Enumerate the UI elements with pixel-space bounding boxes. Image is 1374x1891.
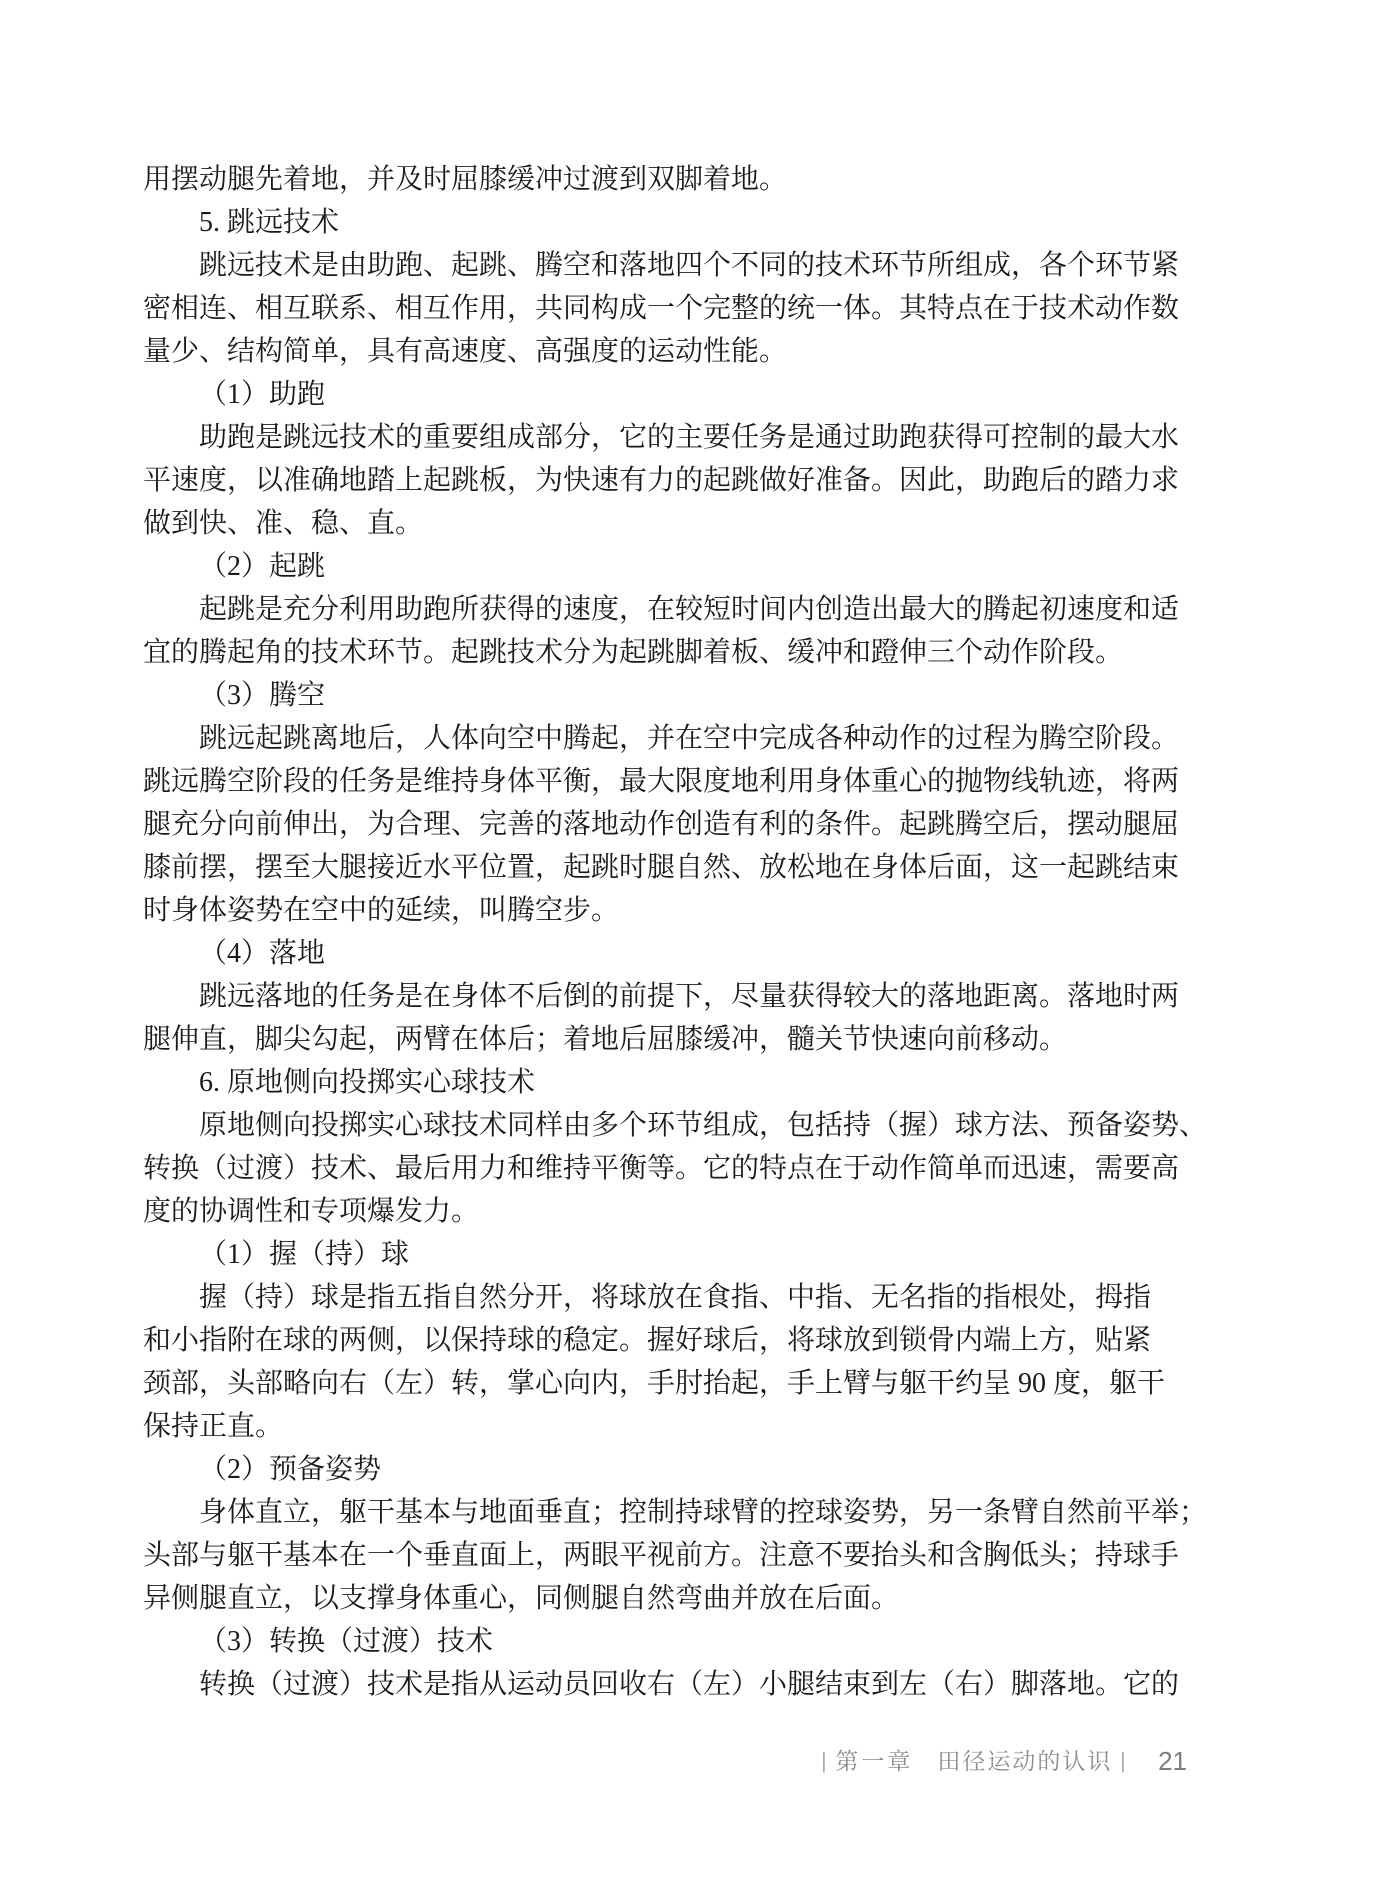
text-line: 5. 跳远技术 <box>143 201 1303 244</box>
text-line: 腿伸直，脚尖勾起，两臂在体后；着地后屈膝缓冲，髓关节快速向前移动。 <box>143 1018 1303 1061</box>
text-line: 6. 原地侧向投掷实心球技术 <box>143 1061 1303 1104</box>
text-line: 度的协调性和专项爆发力。 <box>143 1190 1303 1233</box>
text-line: 转换（过渡）技术是指从运动员回收右（左）小腿结束到左（右）脚落地。它的 <box>143 1663 1303 1706</box>
text-line: 助跑是跳远技术的重要组成部分，它的主要任务是通过助跑获得可控制的最大水 <box>143 416 1303 459</box>
text-line: 头部与躯干基本在一个垂直面上，两眼平视前方。注意不要抬头和含胸低头；持球手 <box>143 1534 1303 1577</box>
text-line: 膝前摆，摆至大腿接近水平位置，起跳时腿自然、放松地在身体后面，这一起跳结束 <box>143 846 1303 889</box>
text-line: 用摆动腿先着地，并及时屈膝缓冲过渡到双脚着地。 <box>143 158 1303 201</box>
text-line: 平速度，以准确地踏上起跳板，为快速有力的起跳做好准备。因此，助跑后的踏力求 <box>143 459 1303 502</box>
book-page: { "page": { "background": "#ffffff", "te… <box>0 0 1374 1891</box>
footer-page-number: 21 <box>1158 1746 1187 1776</box>
footer-divider-left-bar: | <box>821 1746 826 1776</box>
text-line: 身体直立，躯干基本与地面垂直；控制持球臂的控球姿势，另一条臂自然前平举； <box>143 1491 1303 1534</box>
footer-section-title: 田径运动的认识 <box>937 1746 1112 1776</box>
text-line: 时身体姿势在空中的延续，叫腾空步。 <box>143 889 1303 932</box>
text-line: 跳远落地的任务是在身体不后倒的前提下，尽量获得较大的落地距离。落地时两 <box>143 975 1303 1018</box>
text-line: 握（持）球是指五指自然分开，将球放在食指、中指、无名指的指根处，拇指 <box>143 1276 1303 1319</box>
text-line: 颈部，头部略向右（左）转，掌心向内，手肘抬起，手上臂与躯干约呈 90 度，躯干 <box>143 1362 1303 1405</box>
text-line: 转换（过渡）技术、最后用力和维持平衡等。它的特点在于动作简单而迅速，需要高 <box>143 1147 1303 1190</box>
text-line: （1）握（持）球 <box>143 1233 1303 1276</box>
text-line: 保持正直。 <box>143 1405 1303 1448</box>
page-footer: | 第一章 田径运动的认识 | 21 <box>821 1746 1187 1776</box>
footer-chapter-label: 第一章 <box>835 1746 913 1776</box>
page-body: 用摆动腿先着地，并及时屈膝缓冲过渡到双脚着地。5. 跳远技术跳远技术是由助跑、起… <box>143 158 1303 1706</box>
text-line: 量少、结构简单，具有高速度、高强度的运动性能。 <box>143 330 1303 373</box>
text-line: 做到快、准、稳、直。 <box>143 502 1303 545</box>
text-line: 跳远起跳离地后，人体向空中腾起，并在空中完成各种动作的过程为腾空阶段。 <box>143 717 1303 760</box>
text-line: 跳远技术是由助跑、起跳、腾空和落地四个不同的技术环节所组成，各个环节紧 <box>143 244 1303 287</box>
text-line: 异侧腿直立，以支撑身体重心，同侧腿自然弯曲并放在后面。 <box>143 1577 1303 1620</box>
text-line: （2）预备姿势 <box>143 1448 1303 1491</box>
text-line: 密相连、相互联系、相互作用，共同构成一个完整的统一体。其特点在于技术动作数 <box>143 287 1303 330</box>
text-line: 原地侧向投掷实心球技术同样由多个环节组成，包括持（握）球方法、预备姿势、 <box>143 1104 1303 1147</box>
text-line: （4）落地 <box>143 932 1303 975</box>
footer-divider-right-bar: | <box>1121 1746 1126 1776</box>
text-line: 起跳是充分利用助跑所获得的速度，在较短时间内创造出最大的腾起初速度和适 <box>143 588 1303 631</box>
text-line: （3）转换（过渡）技术 <box>143 1620 1303 1663</box>
text-line: （3）腾空 <box>143 674 1303 717</box>
text-line: 和小指附在球的两侧，以保持球的稳定。握好球后，将球放到锁骨内端上方，贴紧 <box>143 1319 1303 1362</box>
text-line: （1）助跑 <box>143 373 1303 416</box>
text-line: （2）起跳 <box>143 545 1303 588</box>
text-line: 腿充分向前伸出，为合理、完善的落地动作创造有利的条件。起跳腾空后，摆动腿屈 <box>143 803 1303 846</box>
text-line: 宜的腾起角的技术环节。起跳技术分为起跳脚着板、缓冲和蹬伸三个动作阶段。 <box>143 631 1303 674</box>
text-line: 跳远腾空阶段的任务是维持身体平衡，最大限度地利用身体重心的抛物线轨迹，将两 <box>143 760 1303 803</box>
